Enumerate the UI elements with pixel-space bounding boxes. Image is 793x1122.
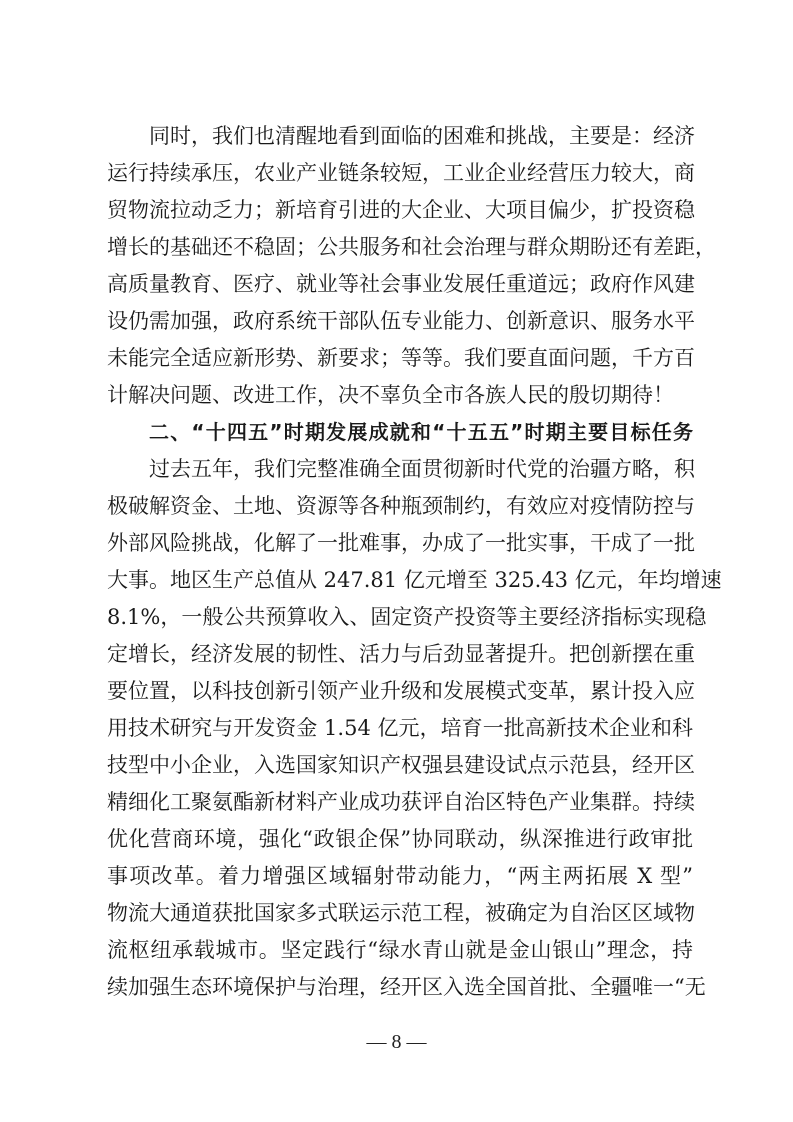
text-line: 极破解资金、土地、资源等各种瓶颈制约，有效应对疫情防控与 [107,488,693,525]
text-line: 8.1%，一般公共预算收入、固定资产投资等主要经济指标实现稳 [107,599,693,636]
text-line: 流枢纽承载城市。坚定践行“绿水青山就是金山银山”理念，持 [107,932,693,969]
text-line: 续加强生态环境保护与治理，经开区入选全国首批、全疆唯一“无 [107,969,693,1006]
text-line: 贸物流拉动乏力；新培育引进的大企业、大项目偏少，扩投资稳 [107,192,693,229]
paragraph-achievements: 过去五年，我们完整准确全面贯彻新时代党的治疆方略，积 极破解资金、土地、资源等各… [107,451,693,1006]
text-line: 过去五年，我们完整准确全面贯彻新时代党的治疆方略，积 [107,451,693,488]
text-line: 未能完全适应新形势、新要求；等等。我们要直面问题，千方百 [107,340,693,377]
page-number: — 8 — [0,1031,793,1054]
paragraph-challenges: 同时，我们也清醒地看到面临的困难和挑战，主要是：经济 运行持续承压，农业产业链条… [107,118,693,414]
text-line: 设仍需加强，政府系统干部队伍专业能力、创新意识、服务水平 [107,303,693,340]
text-line: 计解决问题、改进工作，决不辜负全市各族人民的殷切期待！ [107,377,693,414]
text-line: 大事。地区生产总值从 247.81 亿元增至 325.43 亿元，年均增速 [107,562,693,599]
text-line: 事项改革。着力增强区域辐射带动能力，“两主两拓展 X 型” [107,858,693,895]
text-line: 用技术研究与开发资金 1.54 亿元，培育一批高新技术企业和科 [107,710,693,747]
text-line: 同时，我们也清醒地看到面临的困难和挑战，主要是：经济 [107,118,693,155]
text-line: 定增长，经济发展的韧性、活力与后劲显著提升。把创新摆在重 [107,636,693,673]
text-line: 外部风险挑战，化解了一批难事，办成了一批实事，干成了一批 [107,525,693,562]
text-line: 物流大通道获批国家多式联运示范工程，被确定为自治区区域物 [107,895,693,932]
text-line: 优化营商环境，强化“政银企保”协同联动，纵深推进行政审批 [107,821,693,858]
text-line: 运行持续承压，农业产业链条较短，工业企业经营压力较大，商 [107,155,693,192]
text-line: 技型中小企业，入选国家知识产权强县建设试点示范县，经开区 [107,747,693,784]
text-line: 增长的基础还不稳固；公共服务和社会治理与群众期盼还有差距， [107,229,693,266]
text-line: 精细化工聚氨酯新材料产业成功获评自治区特色产业集群。持续 [107,784,693,821]
text-line: 要位置，以科技创新引领产业升级和发展模式变革，累计投入应 [107,673,693,710]
document-page: 同时，我们也清醒地看到面临的困难和挑战，主要是：经济 运行持续承压，农业产业链条… [107,118,693,1006]
section-heading: 二、“十四五”时期发展成就和“十五五”时期主要目标任务 [107,414,693,451]
text-line: 高质量教育、医疗、就业等社会事业发展任重道远；政府作风建 [107,266,693,303]
